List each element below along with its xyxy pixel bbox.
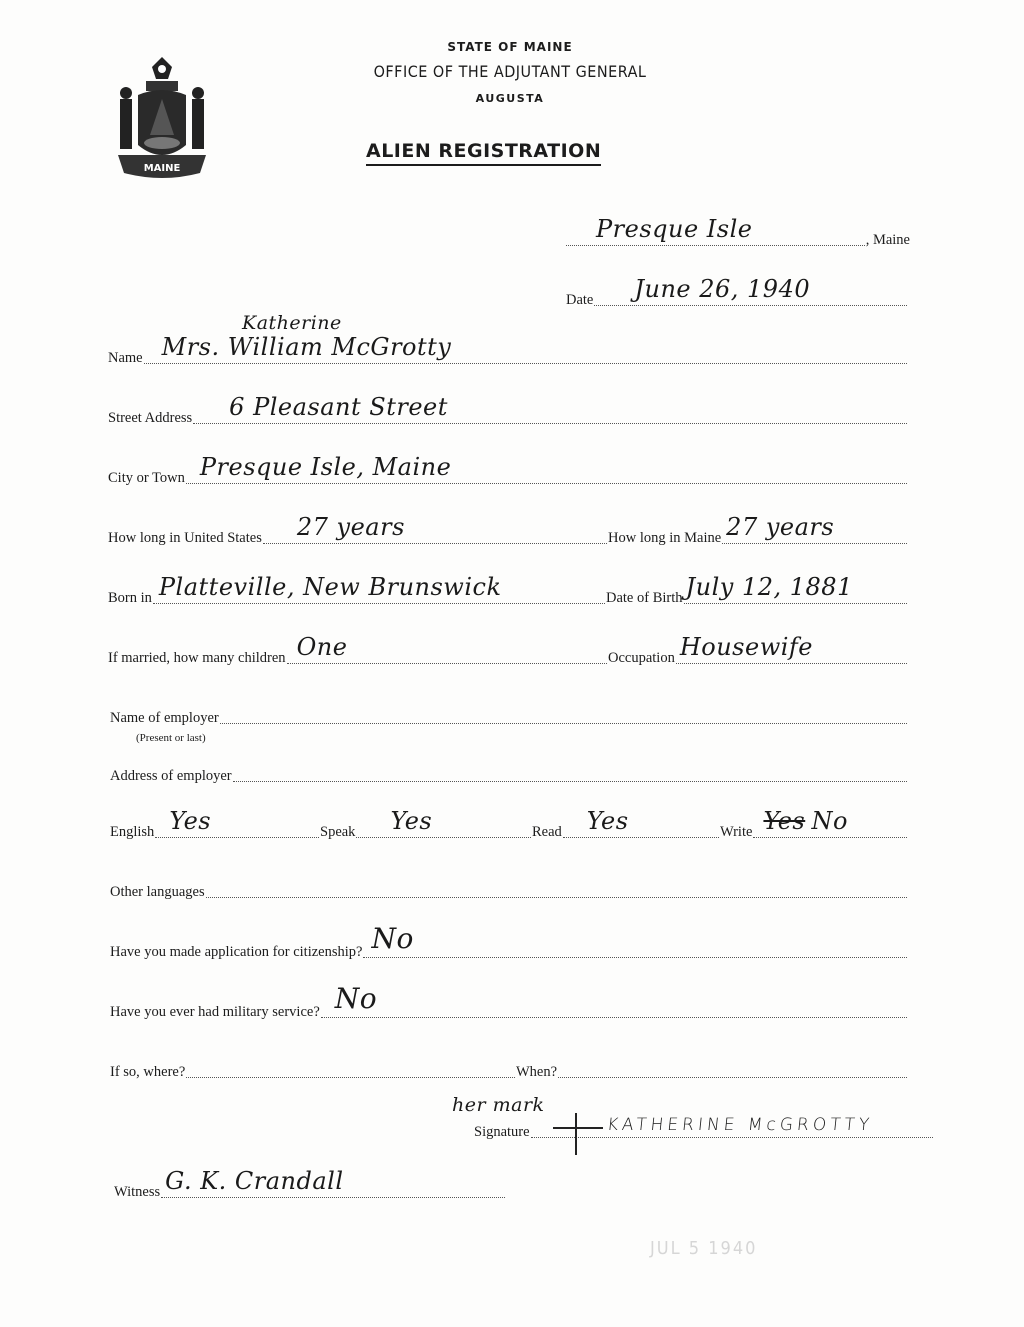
name-label: Name	[108, 350, 143, 367]
speak-value: Yes	[390, 807, 432, 835]
read-row: Read Yes	[532, 824, 720, 841]
city-label: City or Town	[108, 470, 185, 487]
signature-label: Signature	[474, 1124, 530, 1141]
employer-address-field[interactable]	[233, 781, 907, 782]
military-row: Have you ever had military service? No	[110, 1004, 908, 1021]
children-field[interactable]: One	[287, 663, 607, 664]
speak-row: Speak Yes	[320, 824, 532, 841]
signature-field[interactable]: KATHERINE McGROTTY	[531, 1137, 933, 1138]
when-label: When?	[516, 1064, 557, 1081]
dob-field[interactable]: July 12, 1881	[684, 603, 907, 604]
location-row: Presque Isle , Maine	[565, 232, 910, 249]
where-field[interactable]	[186, 1077, 515, 1078]
date-value: June 26, 1940	[634, 275, 810, 303]
how-long-us-row: How long in United States 27 years	[108, 530, 608, 547]
employer-address-label: Address of employer	[110, 768, 232, 785]
witness-row: Witness G. K. Crandall	[114, 1184, 506, 1201]
born-in-value: Platteville, New Brunswick	[159, 573, 502, 601]
city-field[interactable]: Presque Isle, Maine	[186, 483, 907, 484]
children-row: If married, how many children One	[108, 650, 608, 667]
english-label: English	[110, 824, 154, 841]
street-value: 6 Pleasant Street	[229, 393, 448, 421]
how-long-us-value: 27 years	[297, 513, 405, 541]
other-languages-label: Other languages	[110, 884, 205, 901]
how-long-us-label: How long in United States	[108, 530, 262, 547]
born-in-row: Born in Platteville, New Brunswick	[108, 590, 606, 607]
where-label: If so, where?	[110, 1064, 185, 1081]
employer-name-field[interactable]	[220, 723, 907, 724]
read-value: Yes	[587, 807, 629, 835]
form-title: ALIEN REGISTRATION	[366, 140, 601, 166]
occupation-field[interactable]: Housewife	[676, 663, 907, 664]
state-seal-icon: MAINE	[110, 55, 215, 185]
how-long-us-field[interactable]: 27 years	[263, 543, 607, 544]
name-field[interactable]: Mrs. William McGrotty	[144, 363, 907, 364]
citizenship-row: Have you made application for citizenshi…	[110, 944, 908, 961]
military-label: Have you ever had military service?	[110, 1004, 320, 1021]
signature-value: KATHERINE McGROTTY	[606, 1115, 874, 1135]
how-long-maine-value: 27 years	[726, 513, 834, 541]
how-long-maine-label: How long in Maine	[608, 530, 721, 547]
how-long-maine-row: How long in Maine 27 years	[608, 530, 908, 547]
signature-row: Signature KATHERINE McGROTTY	[474, 1124, 934, 1141]
employer-sublabel: (Present or last)	[136, 732, 206, 744]
street-row: Street Address 6 Pleasant Street	[108, 410, 908, 427]
employer-name-label: Name of employer	[110, 710, 219, 727]
born-in-label: Born in	[108, 590, 152, 607]
city-value: Presque Isle, Maine	[200, 453, 451, 481]
military-value: No	[335, 982, 377, 1015]
other-languages-row: Other languages	[110, 884, 908, 901]
write-value: No	[811, 807, 847, 835]
occupation-value: Housewife	[680, 633, 813, 661]
street-label: Street Address	[108, 410, 192, 427]
employer-address-row: Address of employer	[110, 768, 908, 785]
speak-field[interactable]: Yes	[356, 837, 531, 838]
read-label: Read	[532, 824, 562, 841]
city-row: City or Town Presque Isle, Maine	[108, 470, 908, 487]
svg-text:MAINE: MAINE	[144, 163, 181, 174]
received-stamp: JUL 5 1940	[650, 1238, 757, 1259]
citizenship-label: Have you made application for citizenshi…	[110, 944, 362, 961]
name-annotation: Katherine	[242, 312, 342, 334]
witness-value: G. K. Crandall	[165, 1167, 343, 1195]
speak-label: Speak	[320, 824, 355, 841]
dob-value: July 12, 1881	[686, 573, 853, 601]
location-suffix: , Maine	[866, 232, 910, 249]
english-row: English Yes	[110, 824, 320, 841]
dob-label: Date of Birth	[606, 590, 683, 607]
where-row: If so, where?	[110, 1064, 516, 1081]
occupation-row: Occupation Housewife	[608, 650, 908, 667]
write-label: Write	[720, 824, 752, 841]
city-heading: AUGUSTA	[300, 92, 720, 105]
office-heading: OFFICE OF THE ADJUTANT GENERAL	[300, 62, 720, 81]
read-field[interactable]: Yes	[563, 837, 719, 838]
english-value: Yes	[169, 807, 211, 835]
dob-row: Date of Birth July 12, 1881	[606, 590, 908, 607]
name-row: Name Mrs. William McGrotty	[108, 350, 908, 367]
when-field[interactable]	[558, 1077, 907, 1078]
street-field[interactable]: 6 Pleasant Street	[193, 423, 907, 424]
born-in-field[interactable]: Platteville, New Brunswick	[153, 603, 605, 604]
write-row: Write Yes No	[720, 824, 908, 841]
occupation-label: Occupation	[608, 650, 675, 667]
write-struck-value: Yes	[763, 807, 805, 835]
other-languages-field[interactable]	[206, 897, 907, 898]
citizenship-field[interactable]: No	[363, 957, 907, 958]
date-row: Date June 26, 1940	[566, 292, 908, 309]
when-row: When?	[516, 1064, 908, 1081]
date-field[interactable]: June 26, 1940	[594, 305, 907, 306]
children-label: If married, how many children	[108, 650, 286, 667]
location-field[interactable]: Presque Isle	[566, 245, 865, 246]
children-value: One	[297, 633, 348, 661]
witness-field[interactable]: G. K. Crandall	[161, 1197, 505, 1198]
date-label: Date	[566, 292, 593, 309]
employer-name-row: Name of employer	[110, 710, 908, 727]
write-field[interactable]: Yes No	[753, 837, 907, 838]
how-long-maine-field[interactable]: 27 years	[722, 543, 907, 544]
name-value: Mrs. William McGrotty	[162, 333, 452, 361]
witness-label: Witness	[114, 1184, 160, 1201]
signature-annotation: her mark	[452, 1094, 545, 1116]
location-value: Presque Isle	[596, 215, 752, 243]
english-field[interactable]: Yes	[155, 837, 319, 838]
military-field[interactable]: No	[321, 1017, 907, 1018]
state-heading: STATE OF MAINE	[300, 40, 720, 54]
citizenship-value: No	[371, 922, 413, 955]
